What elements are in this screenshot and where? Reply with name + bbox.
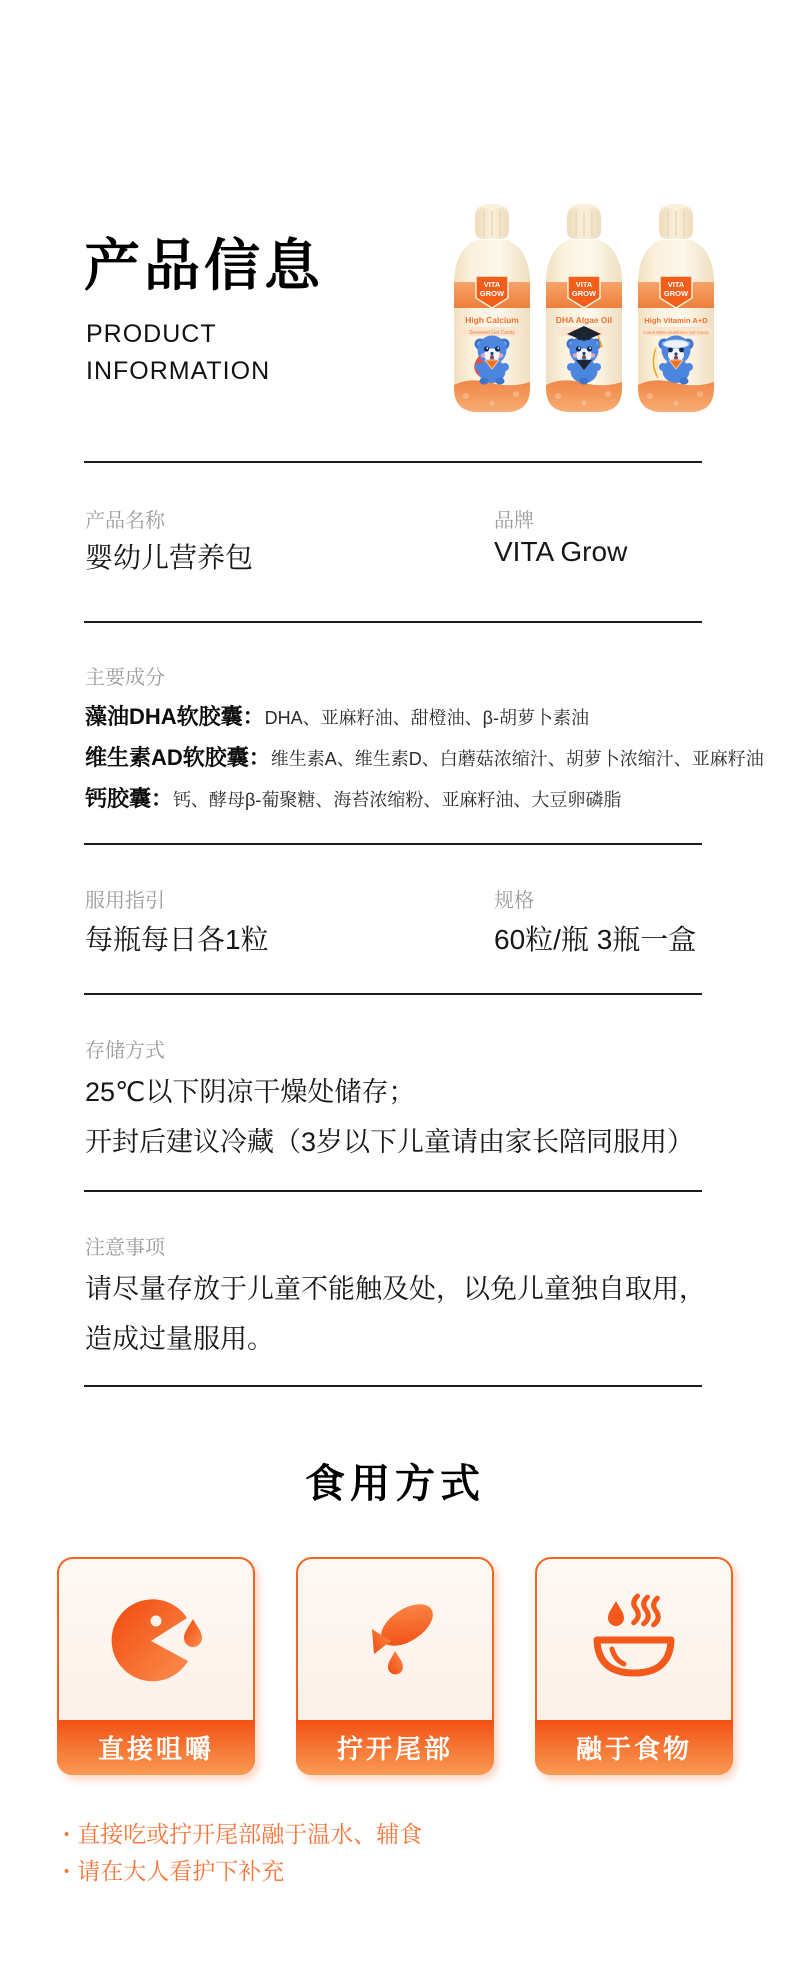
ingredient-line-calcium-title: 钙胶囊： xyxy=(85,786,173,811)
divider xyxy=(84,993,702,995)
usage-note-1: •直接吃或拧开尾部融于温水、辅食 xyxy=(64,1816,422,1849)
chew-icon xyxy=(106,1585,206,1693)
page-subtitle-line1: PRODUCT xyxy=(86,320,217,349)
caution-line-1: 请尽量存放于儿童不能触及处，以免儿童独自取用， xyxy=(85,1267,706,1306)
ingredient-line-calcium: 钙胶囊：钙、酵母β-葡聚糖、海苔浓缩粉、亚麻籽油、大豆卵磷脂 xyxy=(85,782,621,813)
divider xyxy=(84,621,702,623)
usage-card-dissolve: 融于食物 xyxy=(535,1557,733,1775)
usage-note-2: •请在大人看护下补充 xyxy=(64,1853,284,1886)
ingredient-line-dha: 藻油DHA软胶囊：DHA、亚麻籽油、甜橙油、β-胡萝卜素油 xyxy=(85,700,589,731)
bottle3-name: High Vitamin A+D xyxy=(644,316,708,325)
bottle2-brand-line1: VITA xyxy=(576,280,593,289)
product-name-label: 产品名称 xyxy=(85,504,165,533)
usage-card-twist-tail: 拧开尾部 xyxy=(296,1557,494,1775)
caution-label: 注意事项 xyxy=(85,1231,165,1260)
usage-section-title: 食用方式 xyxy=(0,1452,790,1509)
ingredient-line-ad: 维生素AD软胶囊：维生素A、维生素D、白蘑菇浓缩汁、胡萝卜浓缩汁、亚麻籽油 xyxy=(85,741,764,772)
storage-line-1: 25℃以下阴凉干燥处储存； xyxy=(85,1070,415,1109)
spec-label: 规格 xyxy=(494,884,534,913)
bottle1-brand-line1: VITA xyxy=(484,280,501,289)
page-title: 产品信息 xyxy=(84,222,324,302)
bottle3-subname: Carrot White Mushroom Gel Candy xyxy=(643,330,709,335)
divider xyxy=(84,843,702,845)
brand-value: VITA Grow xyxy=(494,536,627,568)
usage-card-twist-tail-bar: 拧开尾部 xyxy=(296,1720,494,1775)
product-bottles-image: VITA GROW High Calcium Seaweed Gel Candy xyxy=(448,196,720,416)
ingredient-line-ad-title: 维生素AD软胶囊： xyxy=(85,745,271,770)
bottle1-subname: Seaweed Gel Candy xyxy=(469,330,515,336)
dosage-value: 每瓶每日各1粒 xyxy=(85,918,269,958)
usage-card-dissolve-label: 融于食物 xyxy=(576,1729,692,1766)
bottle-dha-algae-oil: VITA GROW DHA Algae Oil Gel Candy xyxy=(546,204,622,412)
usage-note-1-text: 直接吃或拧开尾部融于温水、辅食 xyxy=(77,1821,422,1847)
spec-value: 60粒/瓶 3瓶一盒 xyxy=(494,918,696,958)
twist-open-tail-icon xyxy=(345,1585,445,1693)
brand-label: 品牌 xyxy=(494,504,534,533)
bottle3-brand-line1: VITA xyxy=(668,280,685,289)
bullet-dot-icon: • xyxy=(64,1863,69,1880)
bottle-high-calcium: VITA GROW High Calcium Seaweed Gel Candy xyxy=(454,204,530,412)
divider xyxy=(84,461,702,463)
ingredient-line-dha-text: DHA、亚麻籽油、甜橙油、β-胡萝卜素油 xyxy=(265,708,589,728)
storage-line-2: 开封后建议冷藏（3岁以下儿童请由家长陪同服用） xyxy=(85,1120,694,1159)
divider xyxy=(84,1190,702,1192)
bottle2-name: DHA Algae Oil xyxy=(556,315,612,325)
bottle-high-vitamin-ad: VITA GROW High Vitamin A+D Carrot White … xyxy=(638,204,714,412)
usage-card-chew-bar: 直接咀嚼 xyxy=(57,1720,255,1775)
page-subtitle-line2: INFORMATION xyxy=(86,357,270,386)
divider xyxy=(84,1385,702,1387)
usage-card-dissolve-bar: 融于食物 xyxy=(535,1720,733,1775)
dissolve-in-food-icon xyxy=(584,1585,684,1693)
bottle3-brand-line2: GROW xyxy=(664,289,689,298)
product-name-value: 婴幼儿营养包 xyxy=(85,536,253,576)
ingredient-line-ad-text: 维生素A、维生素D、白蘑菇浓缩汁、胡萝卜浓缩汁、亚麻籽油 xyxy=(271,749,764,769)
storage-label: 存储方式 xyxy=(85,1034,165,1063)
dosage-label: 服用指引 xyxy=(85,884,165,913)
ingredient-line-calcium-text: 钙、酵母β-葡聚糖、海苔浓缩粉、亚麻籽油、大豆卵磷脂 xyxy=(173,790,621,810)
usage-card-twist-tail-label: 拧开尾部 xyxy=(337,1729,453,1766)
usage-card-chew: 直接咀嚼 xyxy=(57,1557,255,1775)
product-info-page: 产品信息 PRODUCT INFORMATION xyxy=(0,0,790,1966)
bullet-dot-icon: • xyxy=(64,1826,69,1843)
bottle2-brand-line2: GROW xyxy=(572,289,597,298)
caution-line-2: 造成过量服用。 xyxy=(85,1317,274,1356)
usage-card-chew-label: 直接咀嚼 xyxy=(98,1729,214,1766)
ingredient-line-dha-title: 藻油DHA软胶囊： xyxy=(85,704,265,729)
ingredients-label: 主要成分 xyxy=(85,661,165,690)
bottle1-brand-line2: GROW xyxy=(480,289,505,298)
bottle1-name: High Calcium xyxy=(465,315,519,325)
usage-note-2-text: 请在大人看护下补充 xyxy=(77,1858,284,1884)
